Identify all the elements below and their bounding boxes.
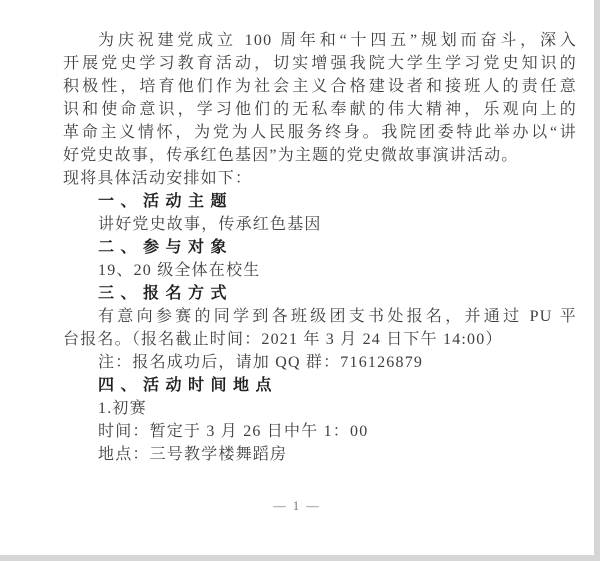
document-page: 为庆祝建党成立 100 周年和“十四五”规划而奋斗，深入开展党史学习教育活动，切… bbox=[0, 0, 594, 555]
text-line: 时间：暂定于 3 月 26 日中午 1：00 bbox=[63, 420, 577, 443]
text-line: 台报名。（报名截止时间：2021 年 3 月 24 日下午 14:00） bbox=[63, 328, 577, 351]
text-line: 现将具体活动安排如下： bbox=[63, 167, 577, 190]
text-line: 1.初赛 bbox=[63, 397, 577, 420]
section-heading: 二、参与对象 bbox=[63, 236, 577, 259]
text-line: 识和使命意识，学习他们的无私奉献的伟大精神，乐观向上的 bbox=[63, 98, 577, 121]
text-line: 革命主义情怀，为党为人民服务终身。我院团委特此举办以“讲 bbox=[63, 121, 577, 144]
page-number: — 1 — bbox=[0, 499, 594, 513]
text-line: 讲好党史故事，传承红色基因 bbox=[63, 213, 577, 236]
text-line: 积极性，培育他们作为社会主义合格建设者和接班人的责任意 bbox=[63, 75, 577, 98]
text-line: 有意向参赛的同学到各班级团支书处报名，并通过 PU 平 bbox=[63, 305, 577, 328]
text-line: 地点：三号教学楼舞蹈房 bbox=[63, 443, 577, 466]
section-heading: 一、活动主题 bbox=[63, 190, 577, 213]
text-line: 好党史故事，传承红色基因”为主题的党史微故事演讲活动。 bbox=[63, 144, 577, 167]
text-line: 注：报名成功后，请加 QQ 群：716126879 bbox=[63, 351, 577, 374]
text-line: 开展党史学习教育活动，切实增强我院大学生学习党史知识的 bbox=[63, 52, 577, 75]
section-heading: 四、活动时间地点 bbox=[63, 374, 577, 397]
text-line: 19、20 级全体在校生 bbox=[63, 259, 577, 282]
text-line: 为庆祝建党成立 100 周年和“十四五”规划而奋斗，深入 bbox=[63, 29, 577, 52]
section-heading: 三、报名方式 bbox=[63, 282, 577, 305]
document-lines: 为庆祝建党成立 100 周年和“十四五”规划而奋斗，深入开展党史学习教育活动，切… bbox=[63, 29, 577, 466]
